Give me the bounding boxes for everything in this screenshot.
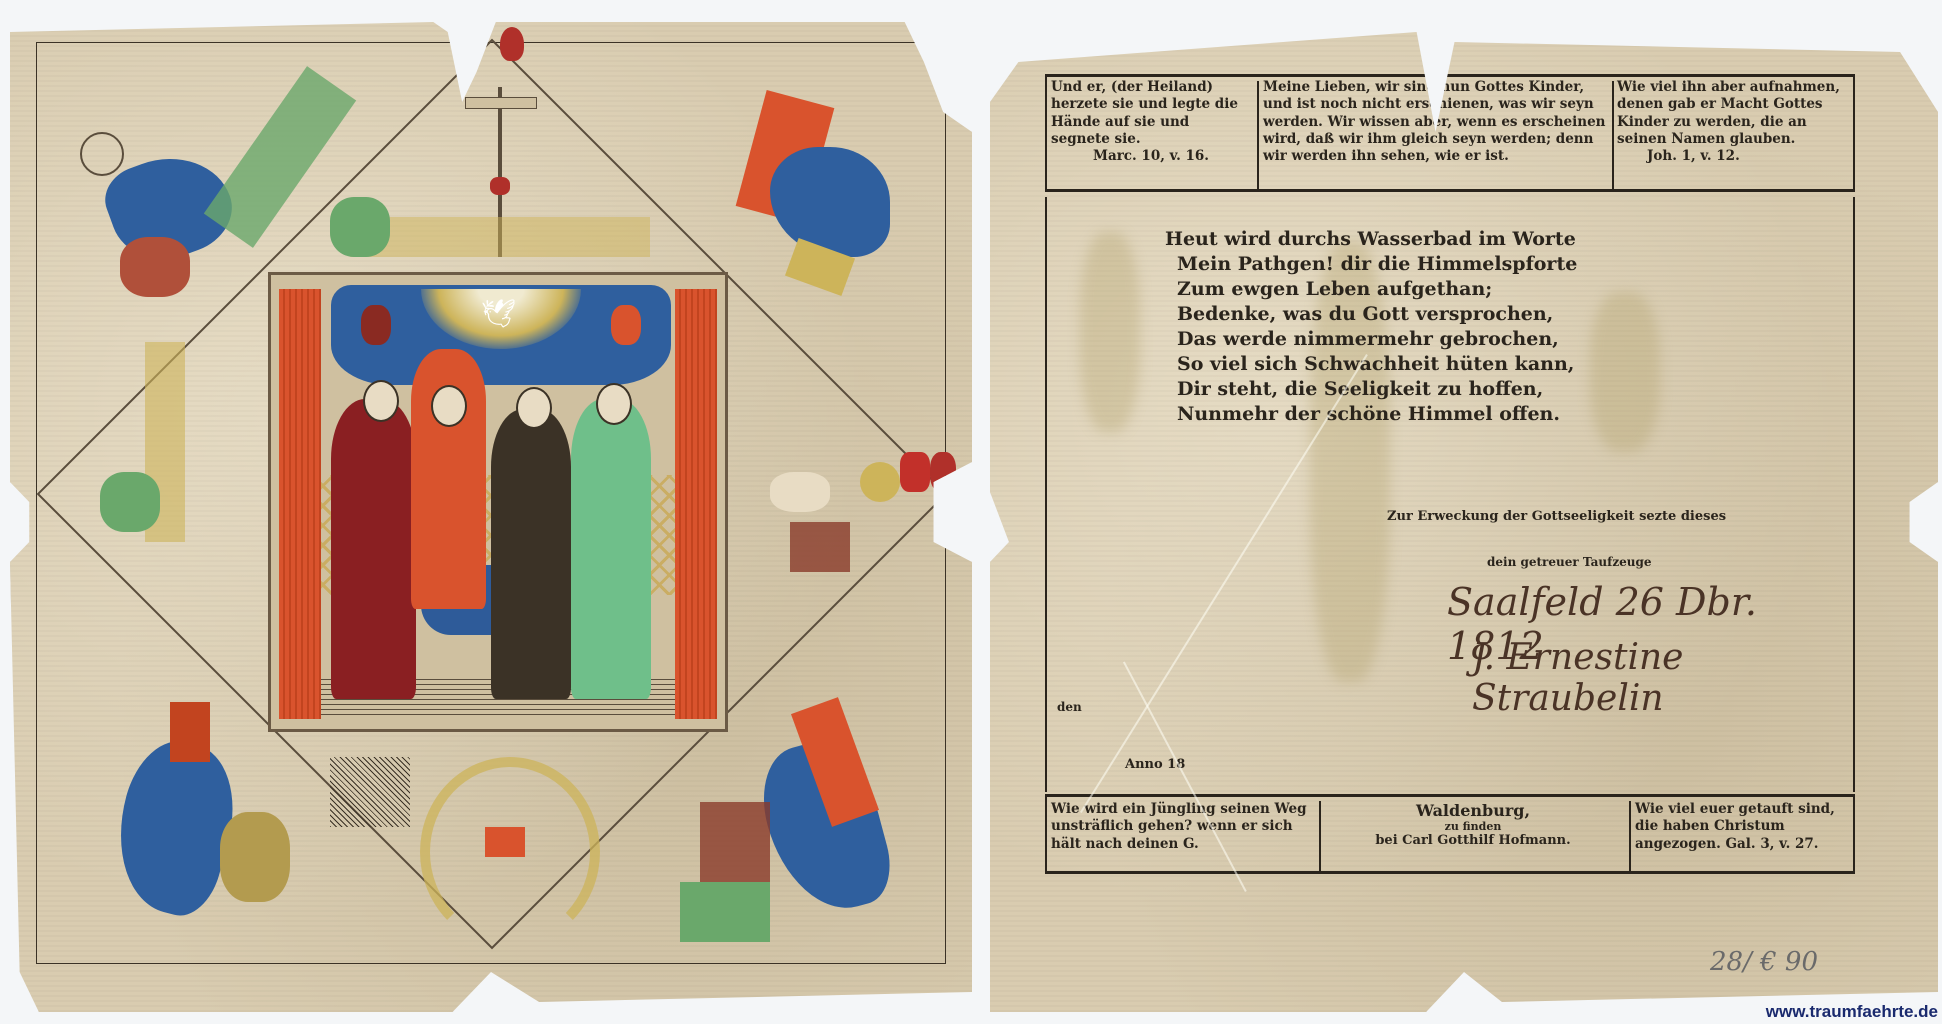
verse-joh-1-12: Wie viel ihn aber aufnahmen, denen gab e… — [1617, 79, 1849, 165]
bottom-verse-box: Wie wird ein Jüngling seinen Weg unsträf… — [1045, 794, 1855, 874]
verse-psalm: Wie wird ein Jüngling seinen Weg unsträf… — [1051, 801, 1316, 853]
cherub-left — [361, 305, 391, 345]
figure-red-dress — [331, 399, 416, 699]
left-vignette — [70, 302, 230, 682]
crucifixion-vignette — [290, 87, 710, 267]
head — [431, 385, 467, 427]
pencil-note: 28/ € 90 — [1710, 947, 1818, 977]
dedication-line: Zur Erweckung der Gottseeligkeit sezte d… — [1387, 509, 1726, 526]
head — [516, 387, 552, 429]
baptism-scene: 🕊 — [268, 272, 728, 732]
left-column — [279, 289, 321, 719]
verse-mark: Und er, (der Heiland) herzete sie und le… — [1051, 79, 1251, 165]
baptism-poem: Heut wird durchs Wasserbad im Worte Mein… — [1177, 227, 1577, 427]
publisher-imprint: Waldenburg, zu finden bei Carl Gotthilf … — [1323, 801, 1623, 848]
top-verse-box: Und er, (der Heiland) herzete sie und le… — [1045, 74, 1855, 192]
cherub-right — [611, 305, 641, 345]
right-vignette-nativity — [750, 302, 930, 682]
dove-icon: 🕊 — [481, 297, 517, 330]
head — [363, 380, 399, 422]
figure-pastor — [491, 409, 571, 699]
figure-green-dress — [571, 399, 651, 699]
corner-vignette-bottom-left — [40, 702, 340, 1002]
right-page-text: Und er, (der Heiland) herzete sie und le… — [990, 12, 1938, 1012]
left-page-engraving: 🕊 — [10, 12, 972, 1012]
right-column — [675, 289, 717, 719]
resurrection-vignette — [310, 747, 690, 947]
wax-seal — [930, 452, 956, 492]
den-label: den — [1057, 700, 1082, 715]
verse-john: Meine Lieben, wir sind nun Gottes Kinder… — [1263, 79, 1608, 165]
head — [596, 383, 632, 425]
corner-vignette-bottom-right — [660, 702, 960, 1002]
watermark: www.traumfaehrte.de — [1766, 1002, 1938, 1022]
witness-line: dein getreuer Taufzeuge — [1487, 555, 1652, 570]
handwritten-signature: J. Ernestine Straubelin — [1472, 637, 1853, 719]
wax-seal — [500, 27, 524, 61]
main-text-box: Heut wird durchs Wasserbad im Worte Mein… — [1045, 197, 1855, 792]
verse-galatians: Wie viel euer getauft sind, die haben Ch… — [1635, 801, 1849, 853]
